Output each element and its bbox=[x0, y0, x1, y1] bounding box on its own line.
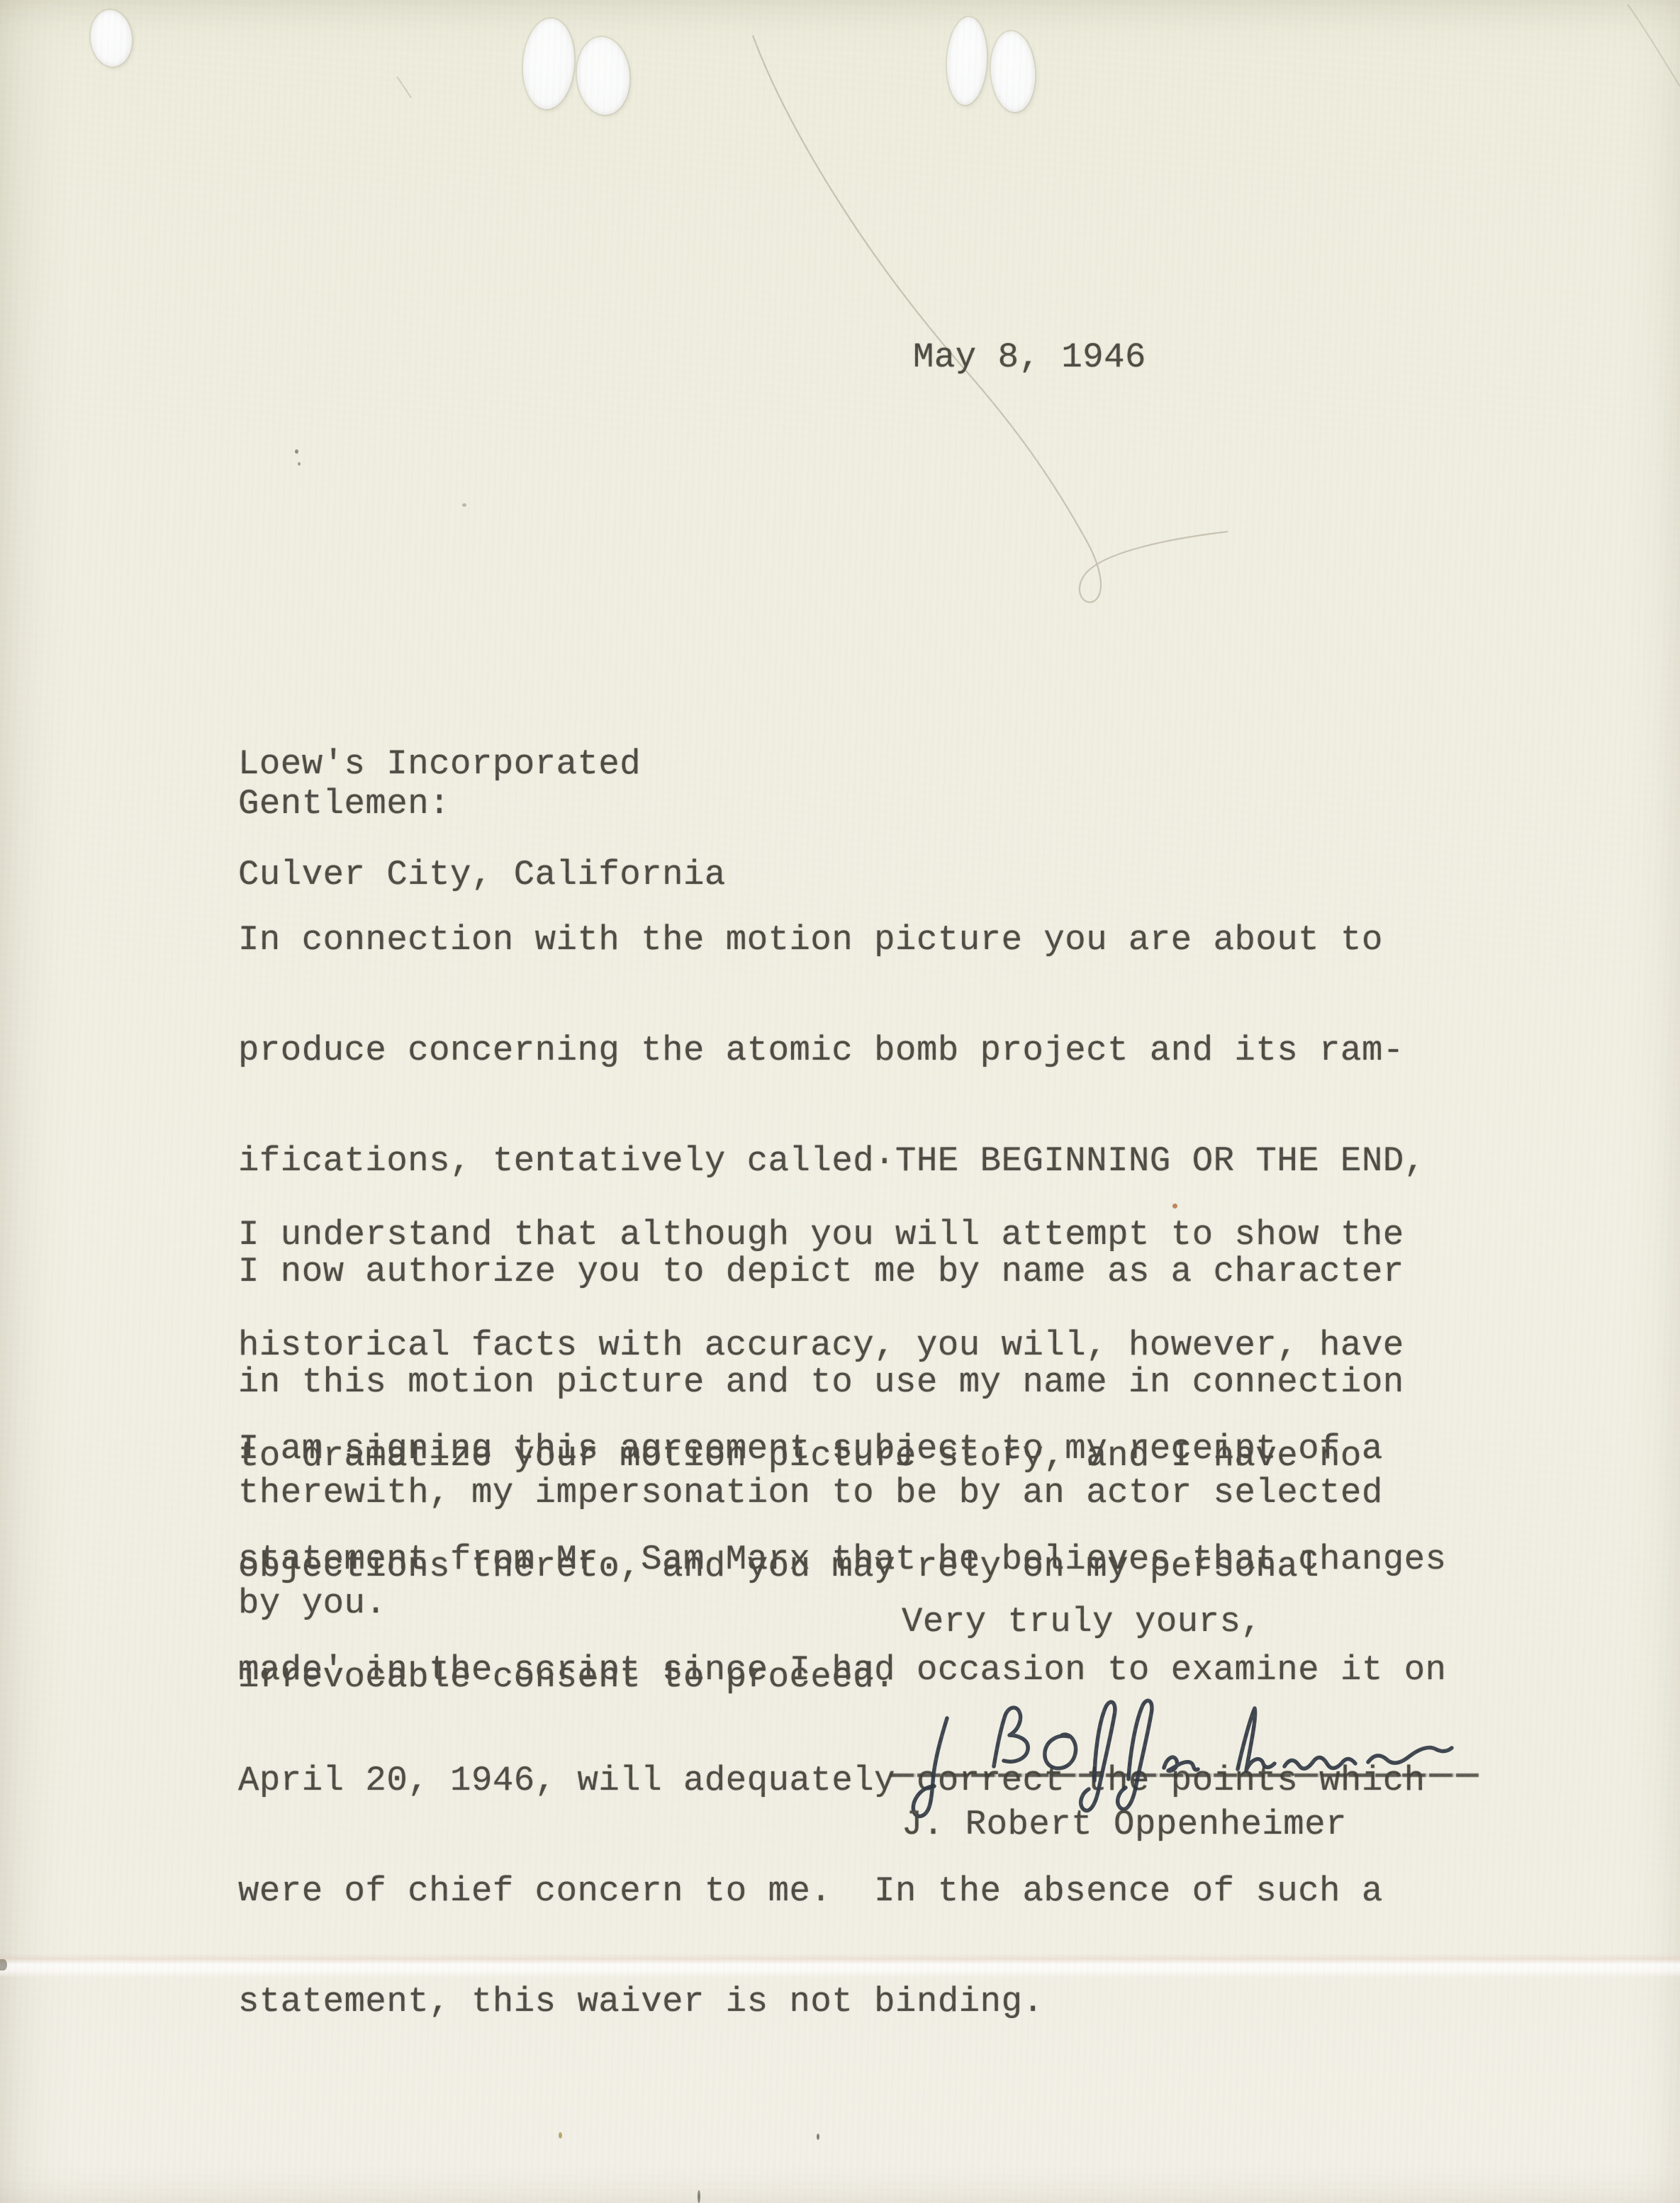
body-line: I am signing this agreement subject to m… bbox=[238, 1430, 1447, 1467]
closing: Very truly yours, bbox=[902, 1603, 1262, 1640]
body-line: were of chief concern to me. In the abse… bbox=[238, 1873, 1447, 1910]
paper-speck bbox=[698, 2190, 700, 2203]
body-line: produce concerning the atomic bomb proje… bbox=[238, 1032, 1426, 1069]
recipient-line: Loew's Incorporated bbox=[238, 746, 726, 783]
paper-speck bbox=[559, 2132, 562, 2138]
body-line: statement, this waiver is not binding. bbox=[238, 1983, 1447, 2020]
body-line: April 20, 1946, will adequately correct … bbox=[238, 1762, 1447, 1799]
salutation: Gentlemen: bbox=[238, 785, 450, 822]
typed-signature-name: J. Robert Oppenheimer bbox=[902, 1806, 1347, 1843]
body-line: In connection with the motion picture yo… bbox=[238, 921, 1426, 958]
paper-speck bbox=[462, 503, 466, 507]
letter-page: May 8, 1946 Loew's Incorporated Culver C… bbox=[0, 0, 1680, 2203]
paper-speck bbox=[295, 449, 298, 454]
punch-hole bbox=[573, 35, 632, 117]
punch-hole bbox=[945, 16, 989, 106]
paper-speck bbox=[1172, 1204, 1177, 1209]
punch-hole bbox=[88, 8, 135, 69]
paper-speck bbox=[298, 462, 301, 466]
punch-hole bbox=[988, 30, 1038, 113]
paper-speck bbox=[817, 2134, 819, 2140]
body-line: I understand that although you will atte… bbox=[238, 1216, 1404, 1253]
body-line: made' in the script since I had occasion… bbox=[238, 1652, 1447, 1688]
signature-line bbox=[890, 1773, 1479, 1777]
date-line: May 8, 1946 bbox=[913, 339, 1146, 376]
paragraph-3: I am signing this agreement subject to m… bbox=[238, 1357, 1447, 2094]
paper-speck bbox=[0, 1959, 7, 1971]
fold-crease bbox=[0, 1953, 1680, 1978]
punch-hole bbox=[520, 17, 578, 111]
body-line: statement from Mr. Sam Marx that he beli… bbox=[238, 1541, 1447, 1578]
